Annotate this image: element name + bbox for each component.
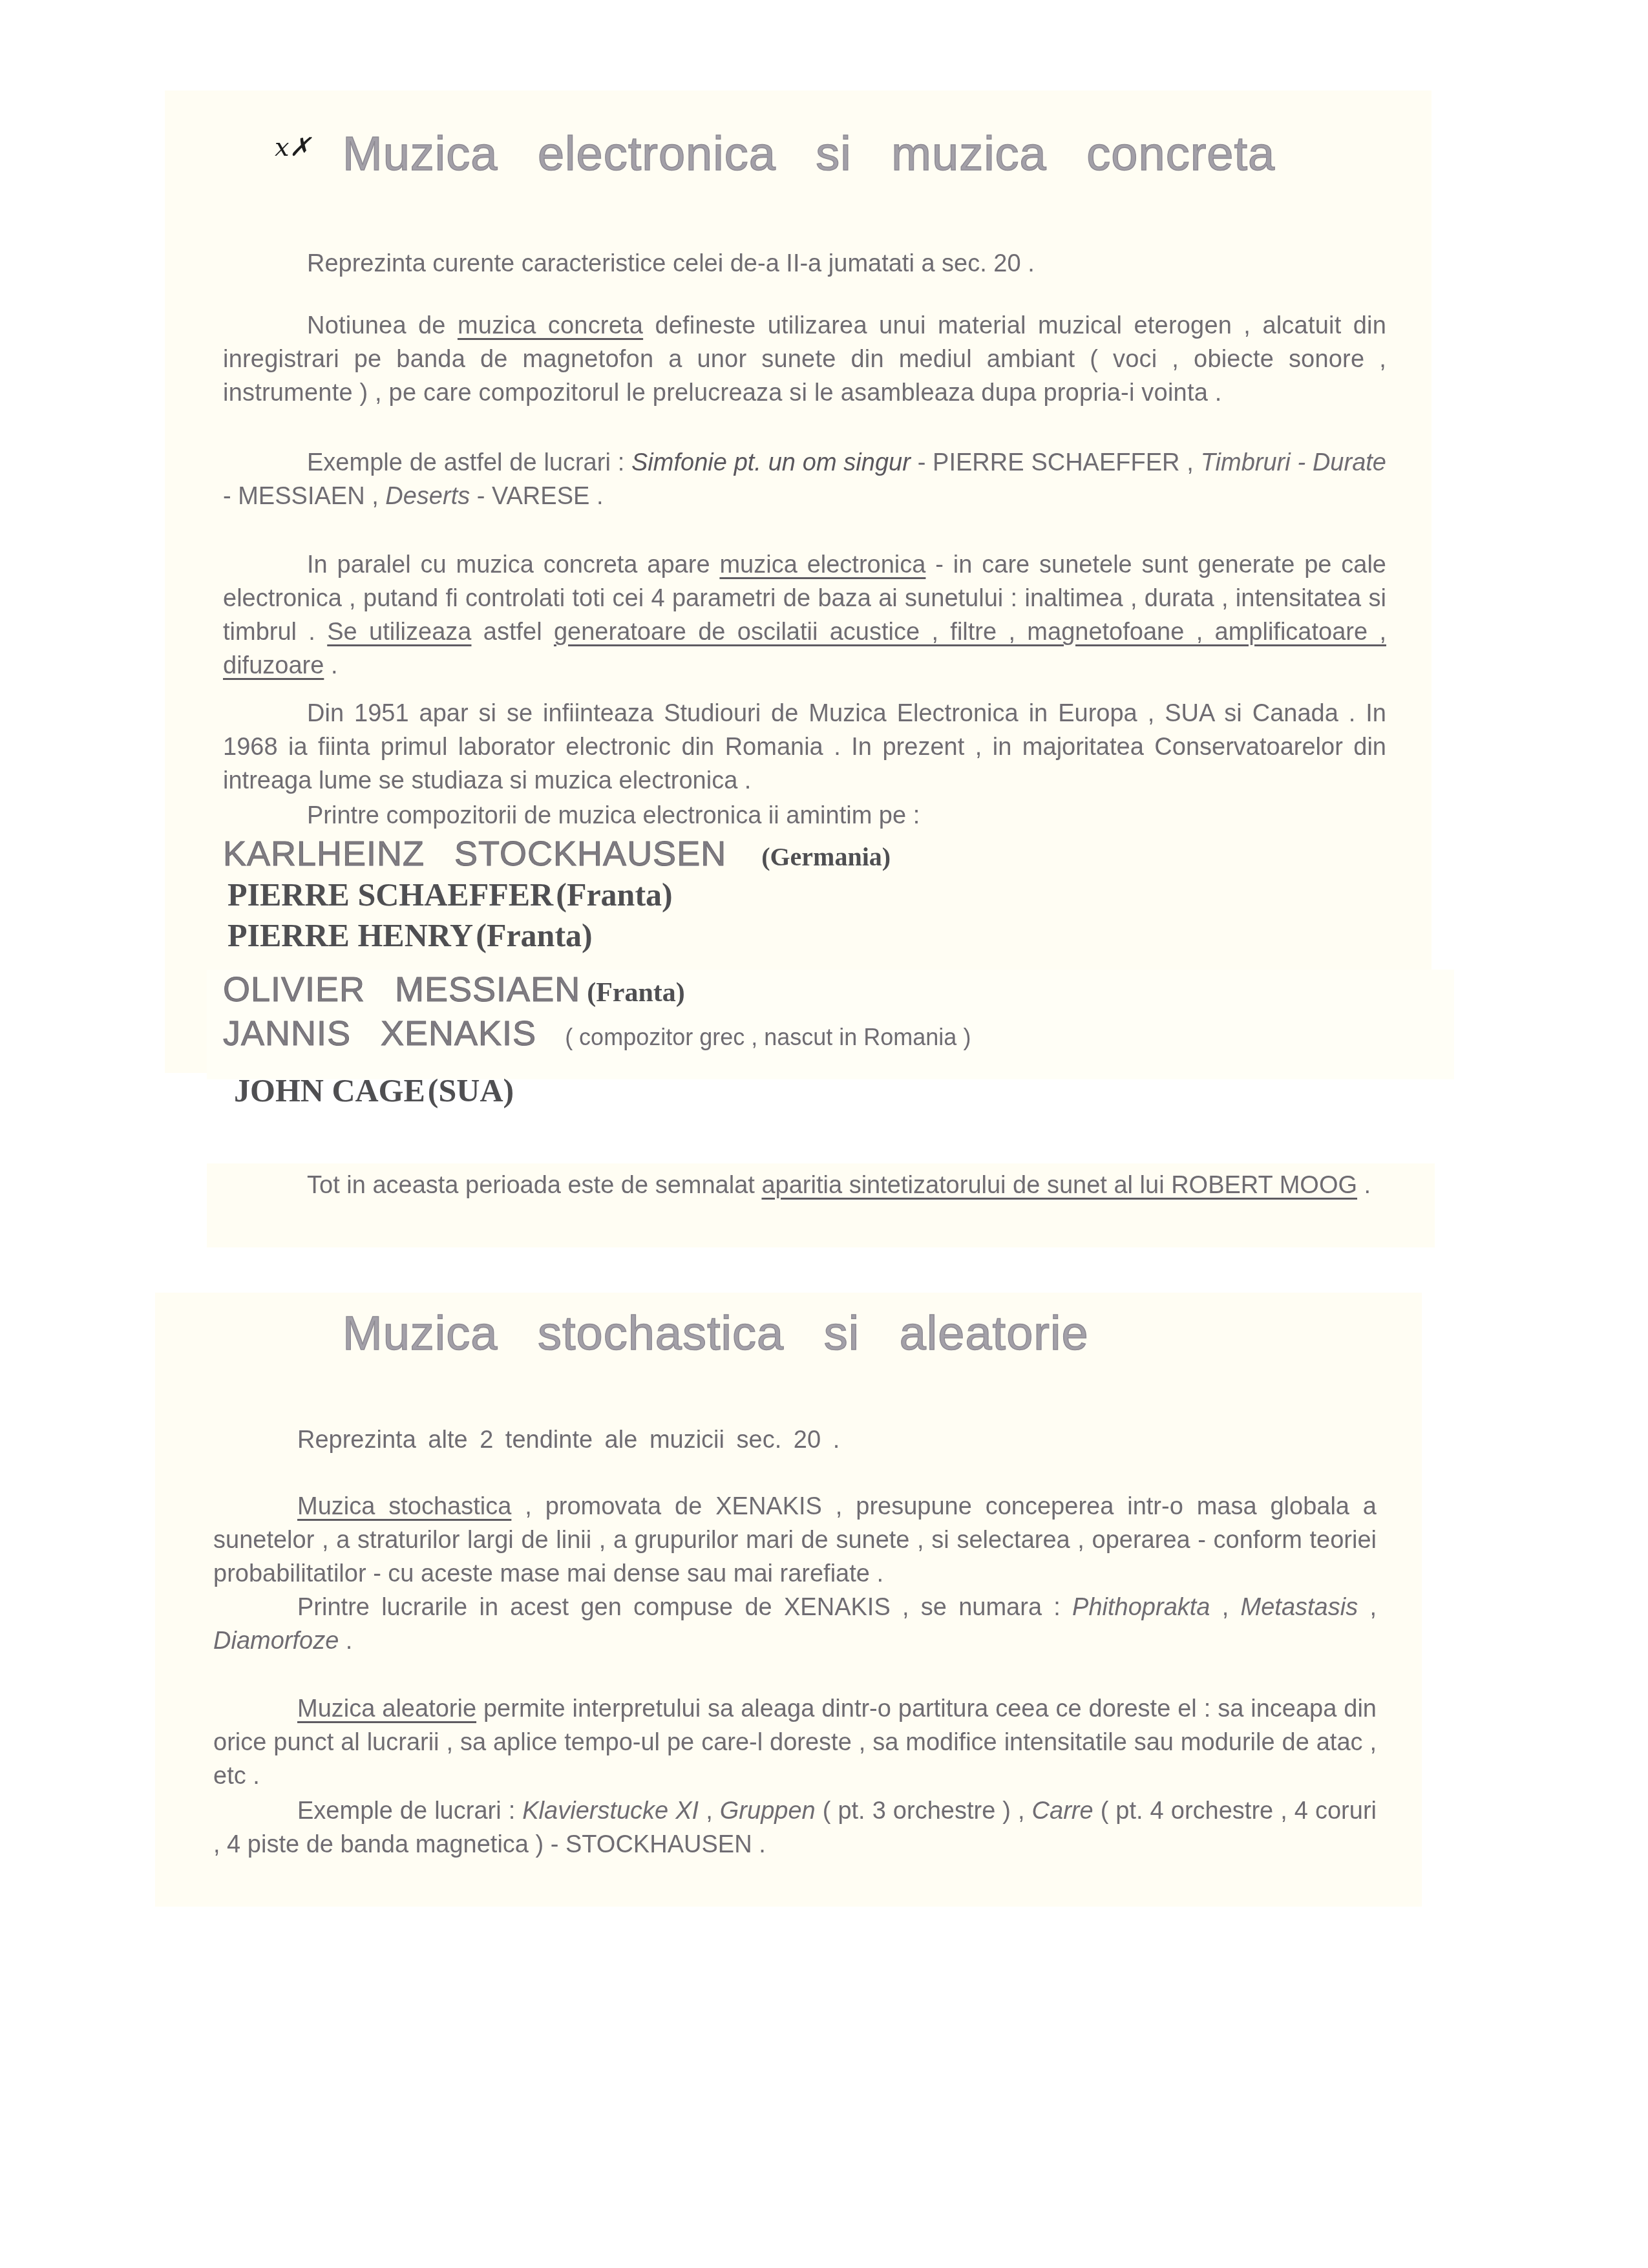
handwritten-mark: x✗	[275, 132, 311, 162]
composer-henry: PIERRE HENRY (Franta)	[227, 917, 593, 954]
section-title-stochastic-aleatoric: Muzica stochastica si aleatorie	[343, 1306, 1089, 1361]
paragraph-moog-synthesizer: Tot in aceasta perioada este de semnalat…	[223, 1169, 1386, 1202]
section1-intro: Reprezinta curente caracteristice celei …	[223, 247, 1386, 281]
paragraph-concrete-definition: Notiunea de muzica concreta defineste ut…	[223, 309, 1386, 410]
composer-messiaen: OLIVIER MESSIAEN (Franta)	[223, 970, 685, 1010]
paragraph-studios-history: Din 1951 apar si se infiinteaza Studiour…	[223, 697, 1386, 798]
composer-xenakis: JANNIS XENAKIS ( compozitor grec , nascu…	[223, 1013, 971, 1054]
term-moog-synthesizer: aparitia sintetizatorului de sunet al lu…	[761, 1172, 1357, 1199]
paragraph-composers-intro: Printre compozitorii de muzica electroni…	[223, 799, 1386, 832]
paragraph-electronic-music: In paralel cu muzica concreta apare muzi…	[223, 548, 1386, 683]
paragraph-concrete-examples: Exemple de astfel de lucrari : Simfonie …	[223, 446, 1386, 513]
composer-stockhausen: KARLHEINZ STOCKHAUSEN (Germania)	[223, 834, 891, 874]
composer-cage: JOHN CAGE (SUA)	[234, 1072, 514, 1109]
composer-schaeffer: PIERRE SCHAEFFER (Franta)	[227, 876, 673, 913]
paragraph-aleatoric-music: Muzica aleatorie permite interpretului s…	[213, 1692, 1377, 1793]
paragraph-xenakis-works: Printre lucrarile in acest gen compuse d…	[213, 1591, 1377, 1658]
paragraph-stochastic-music: Muzica stochastica , promovata de XENAKI…	[213, 1490, 1377, 1591]
section-title-electronic-concrete: Muzica electronica si muzica concreta	[343, 126, 1275, 181]
section2-intro: Reprezinta alte 2 tendinte ale muzicii s…	[213, 1423, 1377, 1457]
term-muzica-concreta: muzica concreta	[458, 312, 643, 339]
term-muzica-electronica: muzica electronica	[719, 551, 925, 578]
term-muzica-stochastica: Muzica stochastica	[297, 1493, 511, 1520]
term-muzica-aleatorie: Muzica aleatorie	[297, 1695, 476, 1722]
paragraph-stockhausen-works: Exemple de lucrari : Klavierstucke XI , …	[213, 1794, 1377, 1861]
